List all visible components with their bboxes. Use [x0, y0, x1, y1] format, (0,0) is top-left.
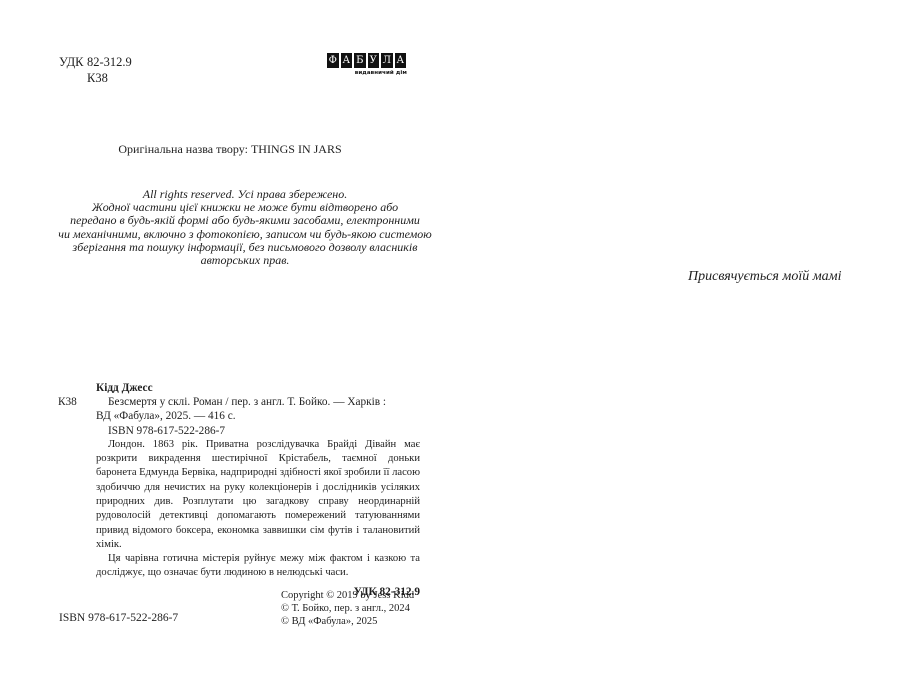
rights-line: передано в будь-якій формі або будь-яким…	[50, 214, 440, 227]
logo-letter: А	[341, 53, 353, 68]
catalog-annotation: Лондон. 1863 рік. Приватна розслідувачка…	[96, 438, 420, 552]
logo-letter: Б	[354, 53, 366, 68]
original-title: Оригінальна назва твору: THINGS IN JARS	[0, 142, 460, 157]
logo-subtitle: видавничий дім	[327, 70, 407, 76]
copyright-line: © Т. Бойко, пер. з англ., 2024	[281, 602, 414, 615]
dedication-text: Присвячується моїй мамі	[688, 269, 842, 285]
copyright-line: © ВД «Фабула», 2025	[281, 615, 414, 628]
udk-label: УДК	[59, 54, 87, 70]
right-page-dedication: Присвячується моїй мамі	[450, 0, 900, 692]
author-mark: К38	[59, 70, 132, 86]
isbn-bottom: ISBN 978-617-522-286-7	[59, 612, 178, 624]
catalog-description: Безсмертя у склі. Роман / пер. з англ. Т…	[96, 395, 420, 409]
catalog-author: Кідд Джесс	[96, 381, 420, 395]
udk-code: 82-312.9	[87, 54, 132, 70]
left-page-imprint: УДК 82-312.9 К38 Ф А Б У Л А видавничий …	[0, 0, 450, 692]
logo-letter: Ф	[327, 53, 339, 68]
logo-letters: Ф А Б У Л А	[327, 53, 407, 68]
rights-notice: All rights reserved. Усі права збережено…	[50, 188, 440, 267]
catalog-mark: К38	[58, 395, 96, 409]
logo-letter: Л	[381, 53, 393, 68]
udk-block: УДК 82-312.9 К38	[59, 54, 132, 86]
publisher-logo: Ф А Б У Л А видавничий дім	[327, 53, 407, 76]
catalog-record: Кідд Джесс К38 Безсмертя у склі. Роман /…	[58, 381, 420, 599]
logo-letter: А	[395, 53, 407, 68]
book-spread: УДК 82-312.9 К38 Ф А Б У Л А видавничий …	[0, 0, 900, 692]
copyright-block: Copyright © 2019 by Jess Kidd © Т. Бойко…	[281, 589, 414, 629]
rights-line: чи механічними, включно з фотокопією, за…	[50, 228, 440, 241]
catalog-annotation: Ця чарівна готична містерія руйнує межу …	[96, 552, 420, 581]
logo-letter: У	[368, 53, 380, 68]
catalog-description-cont: ВД «Фабула», 2025. — 416 с.	[96, 409, 420, 423]
catalog-isbn: ISBN 978-617-522-286-7	[108, 424, 420, 438]
rights-line: авторських прав.	[50, 254, 440, 267]
copyright-line: Copyright © 2019 by Jess Kidd	[281, 589, 414, 602]
